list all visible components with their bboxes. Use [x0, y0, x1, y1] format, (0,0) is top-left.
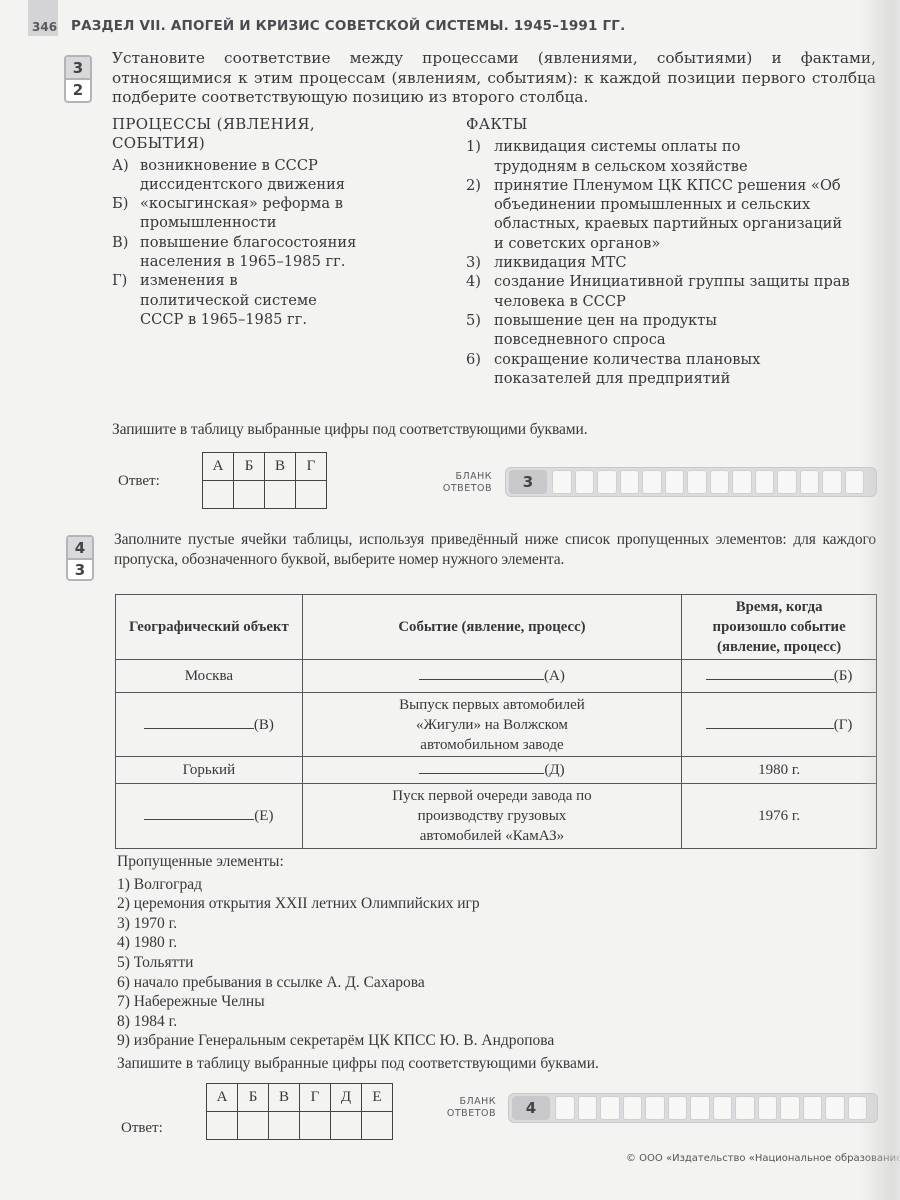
answer-sheet-cell[interactable] [555, 1096, 575, 1120]
answer-sheet-cell[interactable] [735, 1096, 755, 1120]
cell-event[interactable]: (Д) [302, 757, 681, 784]
processes-column: ПРОЦЕССЫ (ЯВЛЕНИЯ, СОБЫТИЯ) А)возникнове… [112, 115, 412, 329]
facts-heading: ФАКТЫ [466, 115, 866, 134]
task-3-blank-label: БЛАНК ОТВЕТОВ [428, 471, 492, 495]
answer-sheet-cell[interactable] [825, 1096, 845, 1120]
missing-elements-list: Пропущенные элементы: 1) Волгоград 2) це… [117, 852, 599, 1074]
answer-sheet-cell[interactable] [777, 470, 797, 494]
answer-sheet-cell[interactable] [645, 1096, 665, 1120]
processes-heading: ПРОЦЕССЫ (ЯВЛЕНИЯ, СОБЫТИЯ) [112, 115, 352, 154]
answer-sheet-cell[interactable] [848, 1096, 868, 1120]
answer-sheet-cell[interactable] [578, 1096, 598, 1120]
missing-heading: Пропущенные элементы: [117, 852, 599, 872]
blank-line [419, 760, 544, 774]
header-time: Время, когда произошло событие (явление,… [682, 595, 877, 660]
cell-event: Пуск первой очереди завода по производст… [302, 784, 681, 849]
answer-sheet-cell[interactable] [822, 470, 842, 494]
task-4-answer-sheet-strip: 4 [508, 1093, 878, 1123]
answer-header-g: Г [296, 453, 327, 481]
cell-geo: Горький [116, 757, 303, 784]
process-item-b: Б)«косыгинская» реформа в промышленности [112, 194, 412, 233]
task-number: 4 [68, 537, 92, 560]
task-3-answer-table: А Б В Г [202, 452, 327, 509]
facts-column: ФАКТЫ 1)ликвидация системы оплаты по тру… [466, 115, 866, 388]
table-row: Горький (Д) 1980 г. [116, 757, 877, 784]
list-item: 6) начало пребывания в ссылке А. Д. Саха… [117, 973, 599, 993]
list-item: 2) церемония открытия XXII летних Олимпи… [117, 894, 599, 914]
answer-header-d: Д [331, 1084, 362, 1112]
task-4-answer-table: А Б В Г Д Е [206, 1083, 393, 1140]
answer-sheet-cell[interactable] [845, 470, 865, 494]
copyright-footer: © ООО «Издательство «Национальное образо… [626, 1153, 900, 1164]
answer-cell-g[interactable] [296, 481, 327, 509]
answer-header-v: В [265, 453, 296, 481]
answer-sheet-cell[interactable] [732, 470, 752, 494]
answer-sheet-cell[interactable] [620, 470, 640, 494]
answer-cell-e[interactable] [362, 1112, 393, 1140]
cell-geo: Москва [116, 660, 303, 693]
answer-sheet-cell[interactable] [710, 470, 730, 494]
answer-sheet-cell[interactable] [687, 470, 707, 494]
list-item: 7) Набережные Челны [117, 992, 599, 1012]
header-geo: Географический объект [116, 595, 303, 660]
cell-event[interactable]: (А) [302, 660, 681, 693]
table-row: (В) Выпуск первых автомобилей «Жигули» н… [116, 693, 877, 757]
list-item: 3) 1970 г. [117, 914, 599, 934]
table-header-row: Географический объект Событие (явление, … [116, 595, 877, 660]
answer-sheet-cell[interactable] [623, 1096, 643, 1120]
task-4-table: Географический объект Событие (явление, … [115, 594, 877, 849]
answer-header-a: А [203, 453, 234, 481]
blank-line [144, 806, 254, 820]
answer-sheet-cell[interactable] [713, 1096, 733, 1120]
answer-cell-v[interactable] [269, 1112, 300, 1140]
answer-cell-b[interactable] [234, 481, 265, 509]
section-title: РАЗДЕЛ VII. АПОГЕЙ И КРИЗИС СОВЕТСКОЙ СИ… [71, 18, 625, 34]
task-4-write-instruction: Запишите в таблицу выбранные цифры под с… [117, 1054, 599, 1074]
task-3-instruction: Установите соответствие между процессами… [112, 49, 876, 108]
fact-item-4: 4)создание Инициативной группы защиты пр… [466, 272, 866, 311]
task-4-answer-label: Ответ: [121, 1120, 163, 1137]
blank-line [706, 715, 834, 729]
answer-sheet-cell[interactable] [758, 1096, 778, 1120]
page-number: 346 [32, 20, 57, 34]
answer-header-g: Г [300, 1084, 331, 1112]
fact-item-6: 6)сокращение количества плановых показат… [466, 350, 866, 389]
page-header: 346 РАЗДЕЛ VII. АПОГЕЙ И КРИЗИС СОВЕТСКО… [28, 0, 888, 40]
task-3-answer-label: Ответ: [118, 473, 160, 490]
task-4-badge: 4 3 [66, 535, 94, 581]
cell-time[interactable]: (Б) [682, 660, 877, 693]
answer-sheet-cell[interactable] [668, 1096, 688, 1120]
header-event: Событие (явление, процесс) [302, 595, 681, 660]
answer-cell-d[interactable] [331, 1112, 362, 1140]
list-item: 8) 1984 г. [117, 1012, 599, 1032]
list-item: 9) избрание Генеральным секретарём ЦК КП… [117, 1031, 599, 1051]
answer-cell-a[interactable] [207, 1112, 238, 1140]
task-number: 3 [66, 57, 90, 80]
task-4-blank-label: БЛАНК ОТВЕТОВ [432, 1096, 496, 1120]
task-3-badge: 3 2 [64, 55, 92, 103]
answer-header-e: Е [362, 1084, 393, 1112]
answer-sheet-cell[interactable] [575, 470, 595, 494]
answer-sheet-cell[interactable] [800, 470, 820, 494]
cell-time: 1980 г. [682, 757, 877, 784]
table-row: Москва (А) (Б) [116, 660, 877, 693]
answer-header-a: А [207, 1084, 238, 1112]
answer-sheet-cell[interactable] [690, 1096, 710, 1120]
list-item: 4) 1980 г. [117, 933, 599, 953]
fact-item-5: 5)повышение цен на продукты повседневног… [466, 311, 866, 350]
task-points: 3 [68, 560, 92, 581]
task-3-answer-sheet-strip: 3 [505, 467, 877, 497]
blank-line [419, 666, 544, 680]
process-item-v: В)повышение благосостояния населения в 1… [112, 233, 412, 272]
process-item-a: А)возникновение в СССР диссидентского дв… [112, 156, 412, 195]
fact-item-1: 1)ликвидация системы оплаты по трудодням… [466, 137, 866, 176]
cell-time: 1976 г. [682, 784, 877, 849]
answer-cell-v[interactable] [265, 481, 296, 509]
cell-geo[interactable]: (В) [116, 693, 303, 757]
answer-header-b: Б [234, 453, 265, 481]
answer-sheet-cell[interactable] [755, 470, 775, 494]
task-3-write-instruction: Запишите в таблицу выбранные цифры под с… [112, 420, 832, 440]
list-item: 1) Волгоград [117, 875, 599, 895]
task-4-instruction: Заполните пустые ячейки таблицы, использ… [114, 530, 876, 570]
table-row: (Е) Пуск первой очереди завода по произв… [116, 784, 877, 849]
answer-header-v: В [269, 1084, 300, 1112]
list-item: 5) Тольятти [117, 953, 599, 973]
cell-geo[interactable]: (Е) [116, 784, 303, 849]
answer-sheet-cell[interactable] [642, 470, 662, 494]
answer-sheet-cell[interactable] [552, 470, 572, 494]
answer-cell-a[interactable] [203, 481, 234, 509]
answer-cell-g[interactable] [300, 1112, 331, 1140]
answer-sheet-cell[interactable] [780, 1096, 800, 1120]
answer-sheet-number: 3 [509, 470, 547, 494]
cell-time[interactable]: (Г) [682, 693, 877, 757]
blank-line [706, 666, 834, 680]
process-item-g: Г)изменения в политической системе СССР … [112, 271, 412, 329]
answer-sheet-cell[interactable] [597, 470, 617, 494]
fact-item-3: 3)ликвидация МТС [466, 253, 866, 272]
answer-sheet-cell[interactable] [665, 470, 685, 494]
answer-sheet-cell[interactable] [600, 1096, 620, 1120]
fact-item-2: 2)принятие Пленумом ЦК КПСС решения «Об … [466, 176, 866, 253]
answer-cell-b[interactable] [238, 1112, 269, 1140]
task-points: 2 [66, 80, 90, 101]
answer-header-b: Б [238, 1084, 269, 1112]
cell-event: Выпуск первых автомобилей «Жигули» на Во… [302, 693, 681, 757]
blank-line [144, 715, 254, 729]
answer-sheet-number: 4 [512, 1096, 550, 1120]
answer-sheet-cell[interactable] [803, 1096, 823, 1120]
